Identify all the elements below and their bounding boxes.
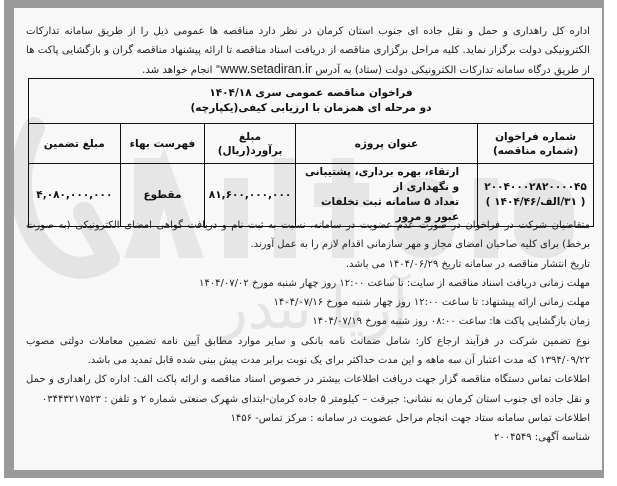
table-title-line1: فراخوان مناقصه عمومی سری ۱۴۰۴/۱۸: [30, 86, 592, 101]
ad-panel: آریا تندر اداره کل راهداری و حمل و نقل ج…: [14, 8, 602, 470]
table-title-line2: دو مرحله ای همزمان با ارزیابی کیفی(یکپار…: [30, 101, 592, 116]
header-project-title: عنوان پروژه: [295, 124, 477, 164]
guarantee-type: نوع تضمین شرکت در فرآیند ارجاع کار: شامل…: [26, 332, 590, 371]
intro-paragraph: اداره کل راهداری و حمل و نقل جاده ای جنو…: [26, 22, 590, 80]
tender-table: فراخوان مناقصه عمومی سری ۱۴۰۴/۱۸ دو مرحل…: [28, 78, 594, 227]
table-header-row: شماره فراخوان (شماره مناقصه) عنوان پروژه…: [29, 124, 594, 164]
setad-url-link[interactable]: www.setadiran.ir: [220, 62, 312, 76]
setad-contact: اطلاعات تماس سامانه ستاد جهت انجام مراحل…: [26, 409, 590, 428]
opening-date: زمان بازگشایی پاکت ها: ساعت ۰۸:۰۰ روز شن…: [26, 312, 590, 331]
intro-suffix: " انجام خواهد شد.: [142, 65, 220, 76]
tender-number: ۲۰۰۴۰۰۰۲۸۲۰۰۰۰۴۵: [479, 180, 592, 195]
header-estimate: مبلغ برآورد(ریال): [205, 124, 295, 164]
header-tender-number-line2: (شماره مناقصه): [479, 144, 592, 158]
tender-code: ( ۳۱/الف/۱۴۰۴/۴۶ ): [479, 195, 592, 210]
header-tender-number-line1: شماره فراخوان: [479, 130, 592, 144]
ad-body: متقاضیان شرکت در فراخوان در صورت عدم عضو…: [26, 216, 590, 448]
ad-frame: آریا تندر اداره کل راهداری و حمل و نقل ج…: [4, 0, 604, 478]
document-deadline: مهلت زمانی دریافت اسناد مناقصه از سایت: …: [26, 274, 590, 293]
header-tender-number: شماره فراخوان (شماره مناقصه): [478, 124, 594, 164]
proposal-deadline: مهلت زمانی ارائه پیشنهاد: تا ساعت ۱۲:۰۰ …: [26, 293, 590, 312]
header-price-list: فهرست بهاء: [120, 124, 205, 164]
contact-info: اطلاعات تماس دستگاه مناقصه گزار جهت دریا…: [26, 370, 590, 409]
header-guarantee: مبلغ تضمین: [29, 124, 121, 164]
ad-id: شناسه آگهی: ۲۰۰۴۵۴۹: [26, 428, 590, 447]
project-title-line1: ارتقاء، بهره برداری، پشتیبانی و نگهداری …: [297, 165, 459, 195]
table-title: فراخوان مناقصه عمومی سری ۱۴۰۴/۱۸ دو مرحل…: [29, 79, 594, 124]
publish-date: تاریخ انتشار مناقصه در سامانه تاریخ ۱۴۰۴…: [26, 255, 590, 274]
registration-note: متقاضیان شرکت در فراخوان در صورت عدم عضو…: [26, 216, 590, 255]
